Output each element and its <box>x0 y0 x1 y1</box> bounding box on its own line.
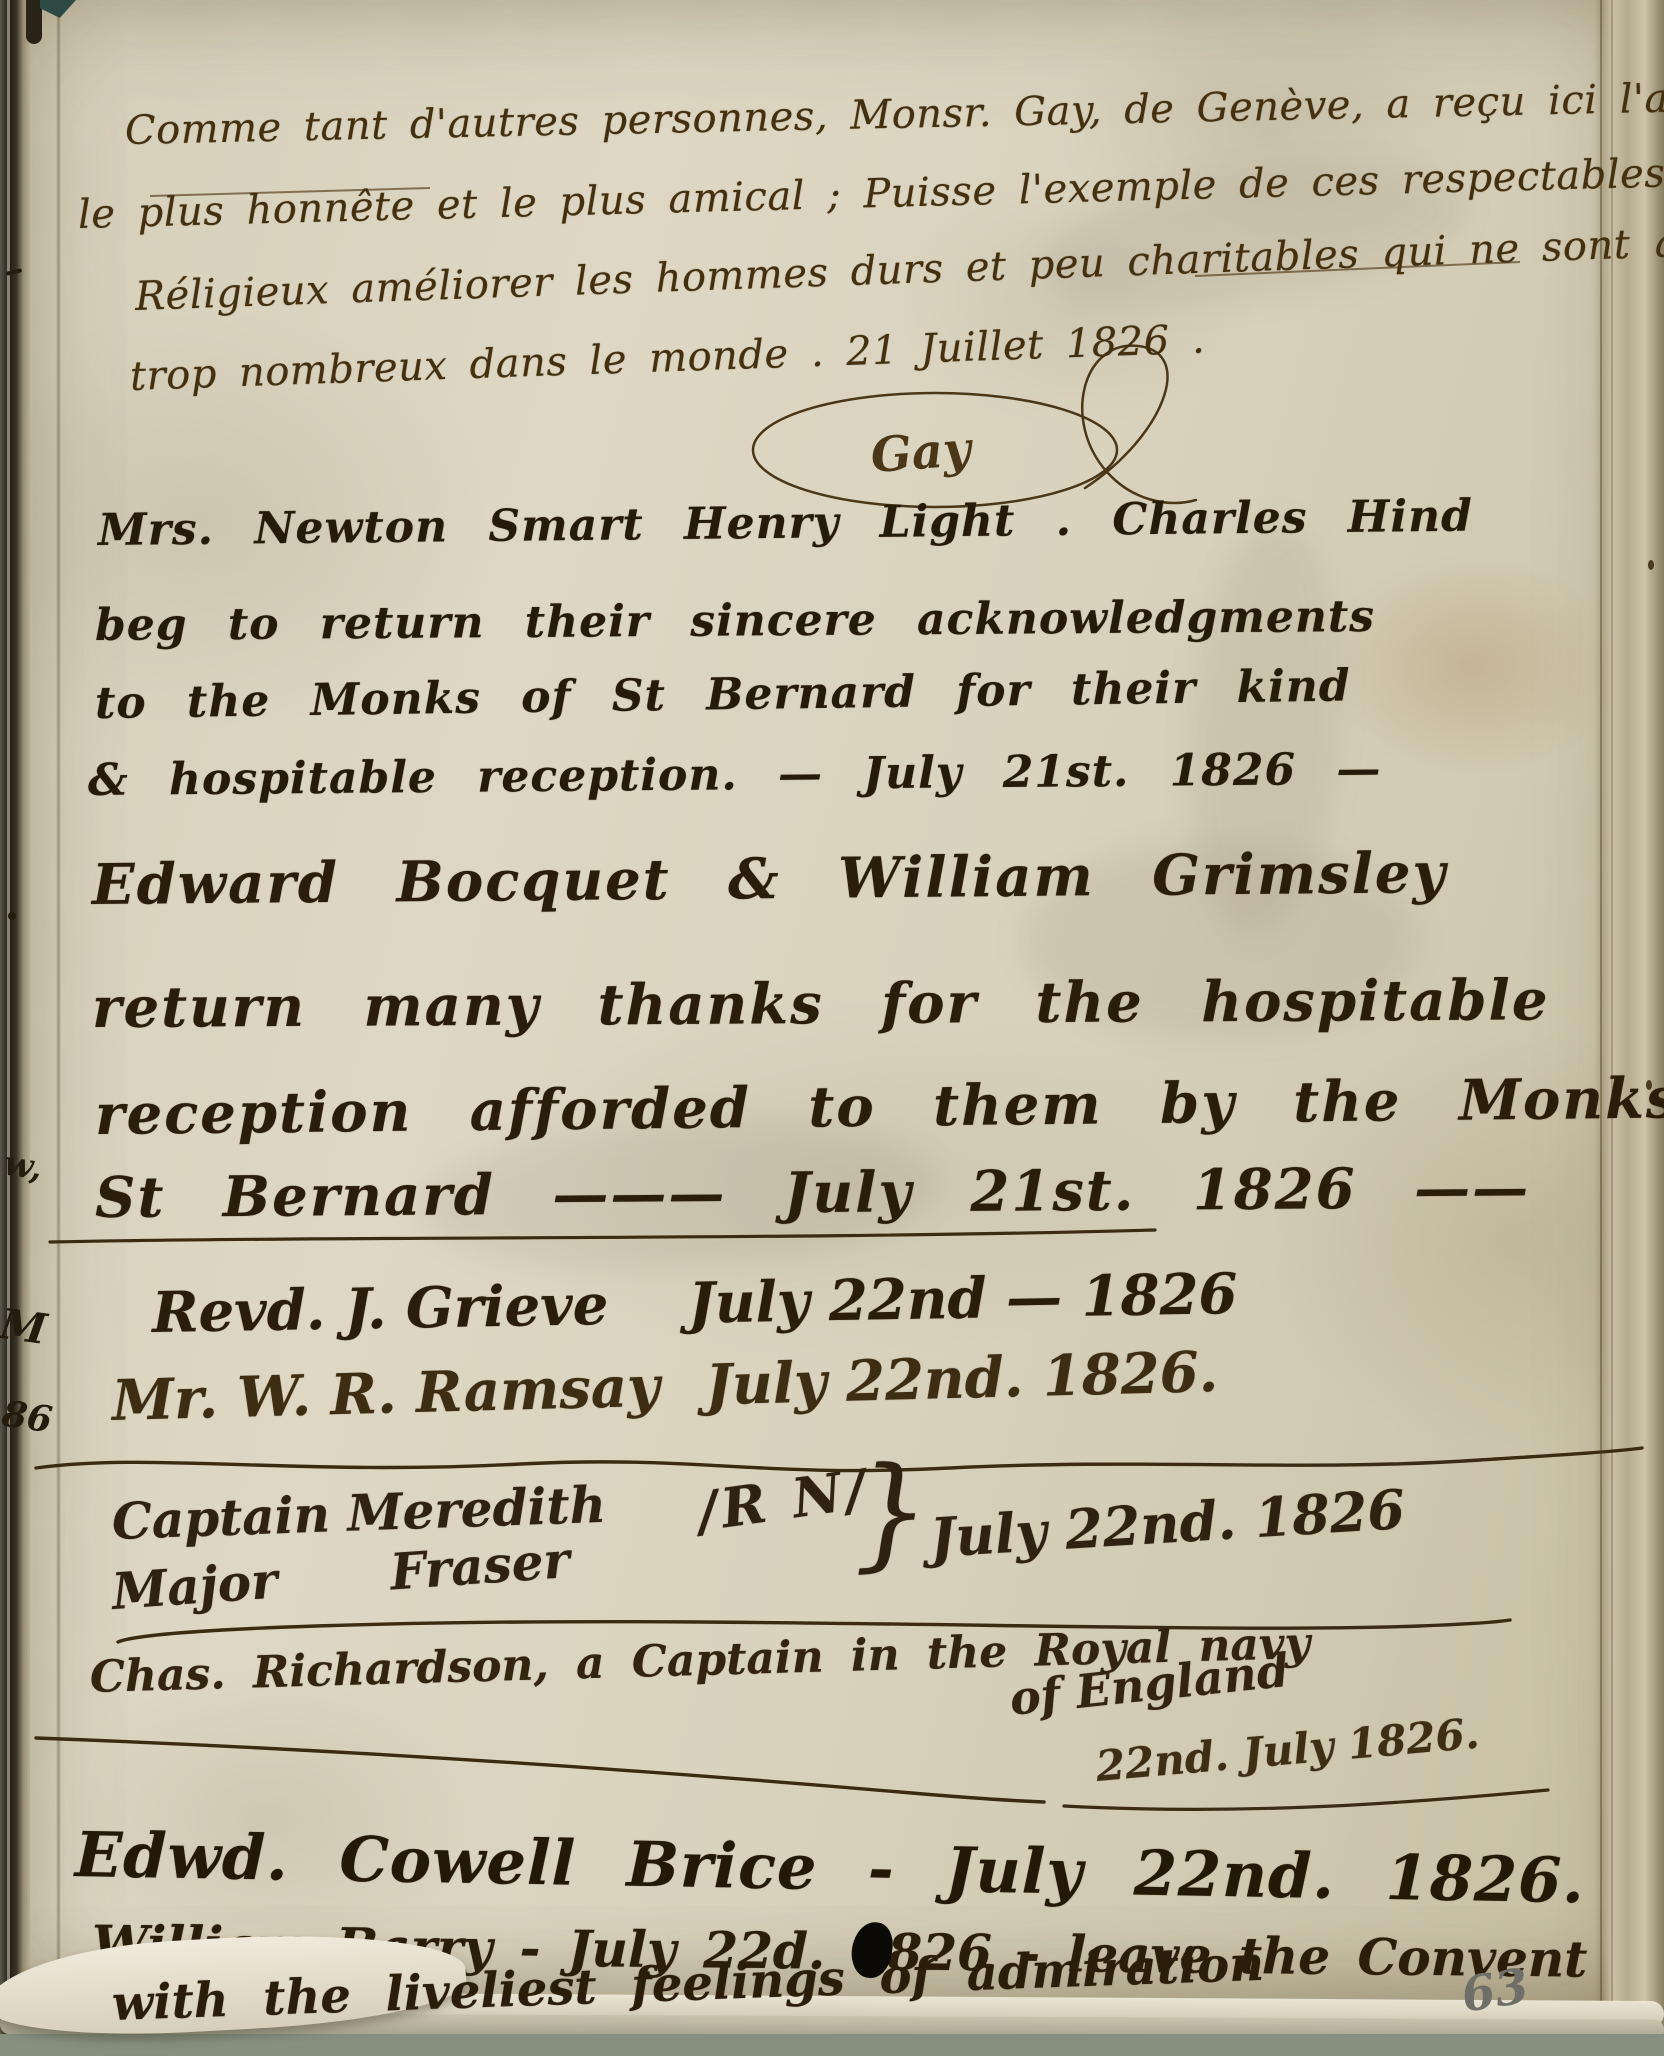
gutter-bleed-mark: w, <box>1 1144 45 1189</box>
entry-grieve-date: July 22nd — 1826 <box>688 1261 1238 1337</box>
bocquet-entry-line-4: St Bernard ——— July 21st. 1826 —— <box>95 1155 1531 1231</box>
gutter-bleed-mark: 86 <box>0 1393 55 1442</box>
bocquet-entry-line-1: Edward Bocquet & William Grimsley <box>92 840 1448 918</box>
entry-grieve-name: Revd. J. Grieve <box>151 1272 608 1346</box>
gutter-highlight <box>7 0 10 2056</box>
page-fold-line <box>1611 0 1613 2056</box>
table-background <box>0 2034 1664 2056</box>
pencil-page-number: 63 <box>1458 1958 1533 2024</box>
edge-ink-speck <box>1648 560 1654 570</box>
book-gutter <box>0 0 30 2056</box>
gutter-ink-dot <box>8 912 16 920</box>
page-crease <box>56 0 61 2056</box>
entry-ramsay-date: July 22nd. 1826. <box>705 1339 1219 1418</box>
page-fold-line <box>1600 0 1602 2056</box>
manuscript-scan: w, M 86 Gay Comme tant d'autres personne… <box>0 0 1664 2056</box>
bocquet-entry-line-2: return many thanks for the hospitable <box>92 967 1550 1041</box>
entry-meredith-brace: } <box>850 1449 932 1574</box>
page-right-edge <box>1594 0 1664 2056</box>
newton-entry-line-2: beg to return their sincere acknowledgme… <box>95 591 1375 651</box>
gutter-bleed-mark: M <box>0 1299 50 1354</box>
binding-notch <box>26 0 42 44</box>
